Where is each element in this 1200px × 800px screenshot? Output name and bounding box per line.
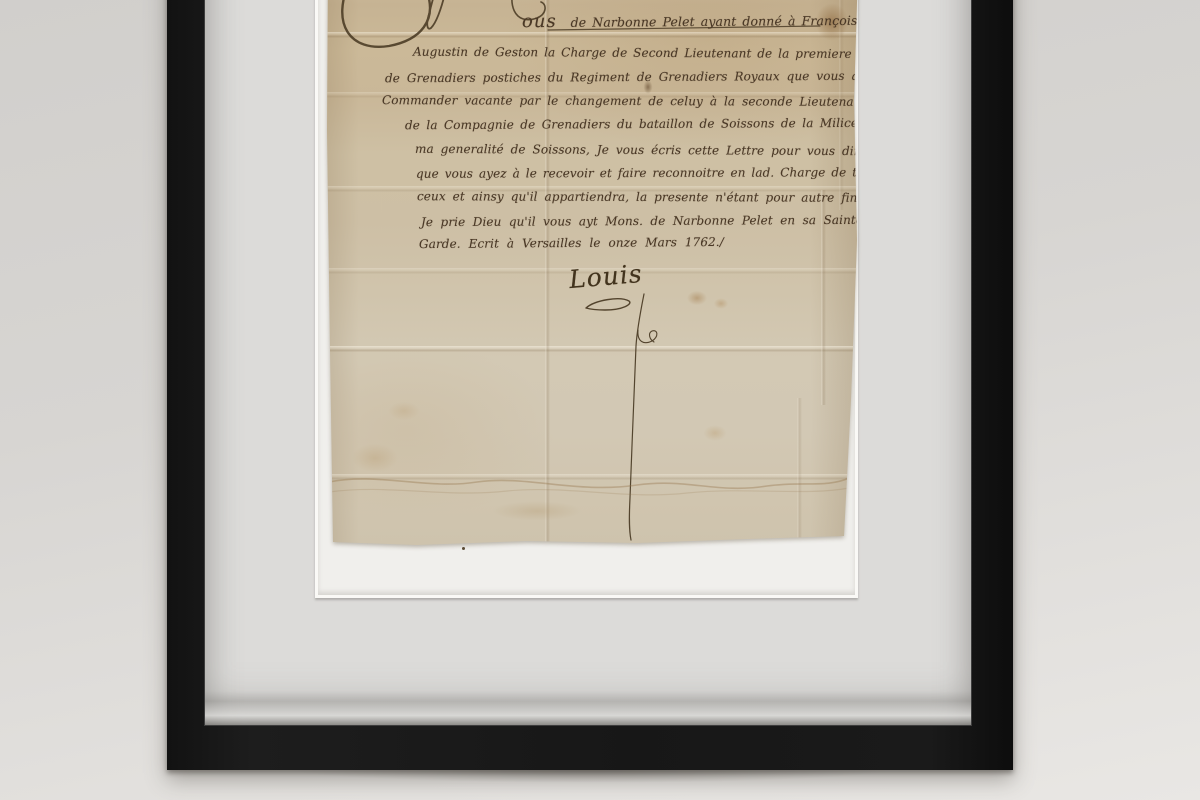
manuscript-document: ous de Narbonne Pelet ayant donné à Fran… xyxy=(327,0,858,545)
manuscript-line: ceux et ainsy qu'il appartiendra, la pre… xyxy=(417,189,858,205)
manuscript-line: Augustin de Geston la Charge de Second L… xyxy=(413,45,928,62)
manuscript-line: ous de Narbonne Pelet ayant donné à Fran… xyxy=(522,9,858,32)
manuscript-line: que vous ayez à le recevoir et faire rec… xyxy=(416,165,879,181)
fly-speck xyxy=(462,547,465,550)
frame-shadow xyxy=(160,769,1022,791)
signature-paraph-flourish xyxy=(586,294,657,540)
manuscript-line: Je prie Dieu qu'il vous ayt Mons. de Nar… xyxy=(421,213,863,229)
parchment-sheet: ous de Narbonne Pelet ayant donné à Fran… xyxy=(327,0,858,545)
photo-of-framed-manuscript: ous de Narbonne Pelet ayant donné à Fran… xyxy=(0,0,1200,800)
manuscript-line-text: de Narbonne Pelet ayant donné à François xyxy=(571,13,858,30)
manuscript-line-lead: ous xyxy=(522,11,557,32)
manuscript-line: Garde. Ecrit à Versailles le onze Mars 1… xyxy=(419,235,724,251)
water-tide-stain xyxy=(329,478,849,495)
manuscript-line: de la Compagnie de Grenadiers du bataill… xyxy=(405,116,880,132)
manuscript-line: Commander vacante par le changement de c… xyxy=(382,93,876,109)
manuscript-line: ma generalité de Soissons, Je vous écris… xyxy=(415,142,867,158)
manuscript-line: de Grenadiers postiches du Regiment de G… xyxy=(385,69,880,86)
illuminated-initial-flourish xyxy=(342,0,545,47)
